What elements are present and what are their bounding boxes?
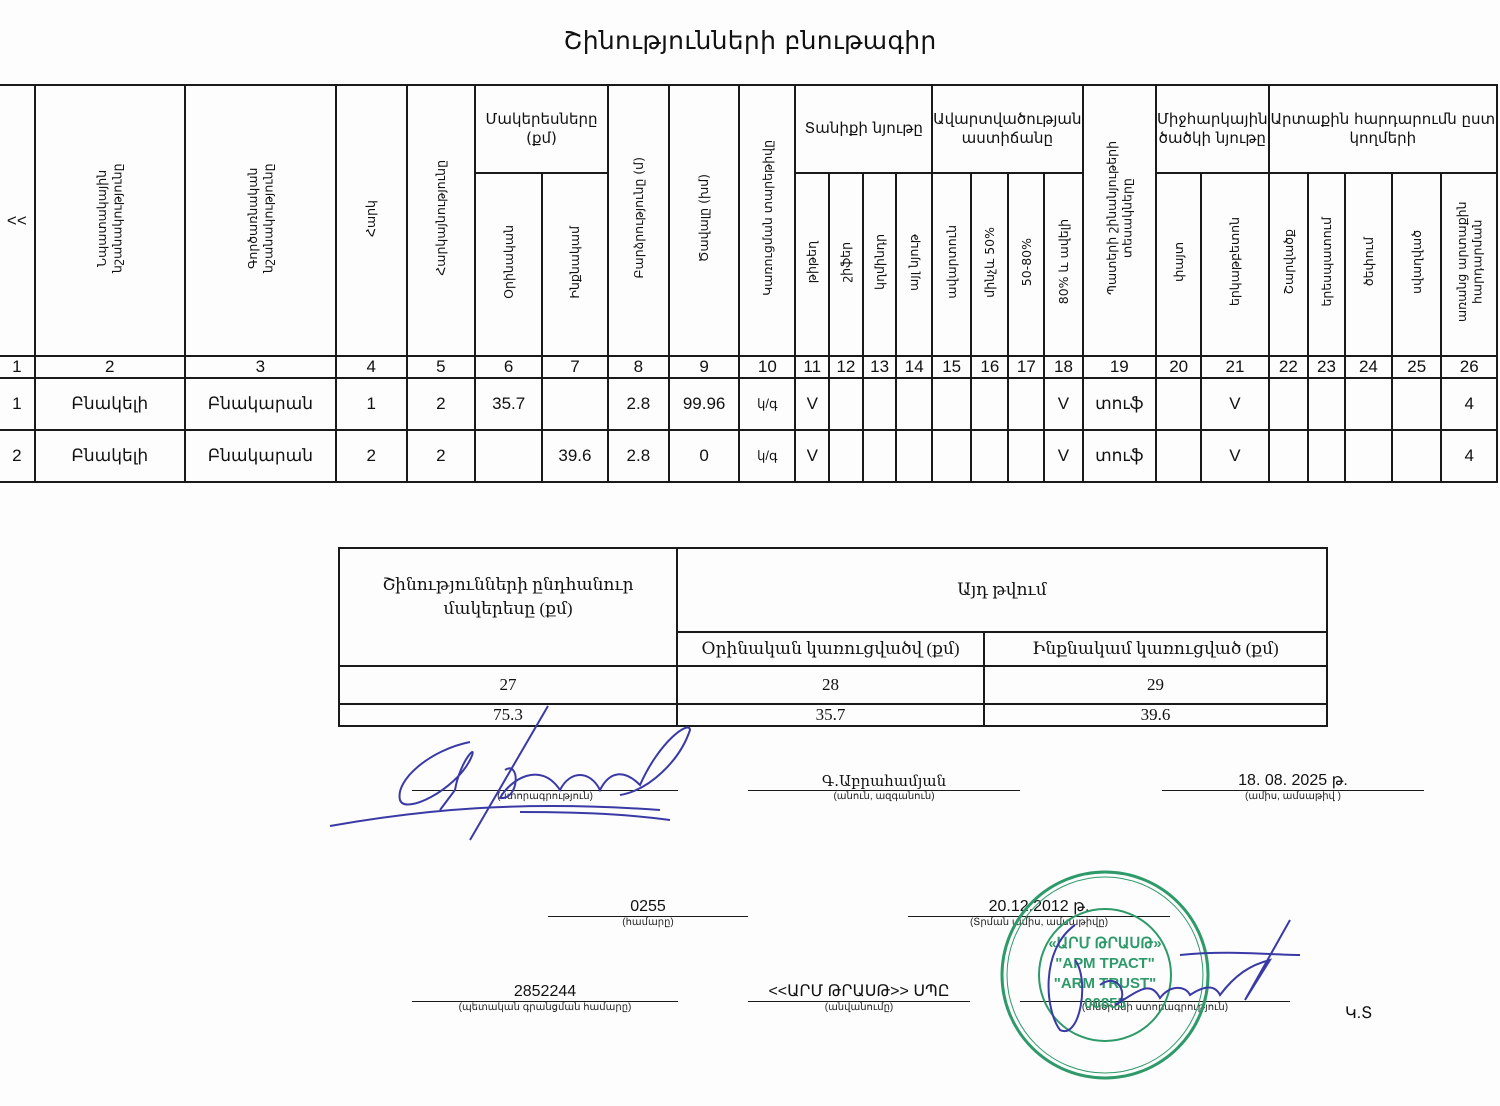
- date-value: 18. 08. 2025 թ.: [1162, 772, 1424, 790]
- header-roof-group: Տանիքի նյութը: [795, 85, 932, 173]
- table-cell: Բնակելի: [35, 430, 185, 482]
- svg-text:«ԱՐՄ ԹՐԱՍԹ»: «ԱՐՄ ԹՐԱՍԹ»: [1048, 935, 1161, 952]
- header-height: Բարձրությունը (մ): [608, 85, 669, 356]
- table-cell: V: [1044, 378, 1082, 430]
- header-completed: ավարտուն: [932, 173, 971, 356]
- column-number: 10: [739, 356, 795, 378]
- illegal-area-header: Ինքնակամ կառուցված (քմ): [984, 632, 1327, 666]
- header-finish-group: Արտաքին հարդարումն ըստ կողմերի: [1269, 85, 1497, 173]
- table-row: 1ԲնակելիԲնակարան1235.72.899.96կ/գVVտուֆV…: [0, 378, 1497, 430]
- registration-number-value: 2852244: [412, 983, 678, 1001]
- column-number: 6: [475, 356, 542, 378]
- table-cell: [829, 378, 863, 430]
- table-cell: 2: [407, 378, 476, 430]
- table-cell: Բնակելի: [35, 378, 185, 430]
- header-50-80: 50-80%: [1008, 173, 1044, 356]
- issue-date-field: 20.12.2012 թ. (Տրման ամիս, ամսաթիվը): [908, 898, 1170, 929]
- header-up-to-50: մինչև 50%: [971, 173, 1008, 356]
- signature-caption: (ստորագրություն): [412, 791, 678, 803]
- column-number: 2: [35, 356, 185, 378]
- name-value: Գ.Աբրահամյան: [748, 772, 1020, 790]
- header-construction-year: Կառուցման տարեթիվը: [739, 85, 795, 356]
- license-number-field: 0255 (համարը): [548, 898, 748, 929]
- header-wall-materials: Պատերի շինանյութերի տեսակները: [1083, 85, 1156, 356]
- column-number: 23: [1308, 356, 1345, 378]
- code-legal: 28: [677, 666, 984, 704]
- table-cell: 0: [669, 430, 739, 482]
- license-number-caption: (համարը): [548, 917, 748, 929]
- table-cell: 2: [0, 430, 35, 482]
- column-number: 20: [1156, 356, 1201, 378]
- registration-number-caption: (պետական գրանցման համարը): [412, 1002, 678, 1014]
- legal-area-header: Օրինական կառուցվածվ (քմ): [677, 632, 984, 666]
- table-cell: [1008, 430, 1044, 482]
- table-cell: տուֆ: [1083, 378, 1156, 430]
- header-legal: Օրինական: [475, 173, 542, 356]
- column-number: 22: [1269, 356, 1309, 378]
- header-purpose: Նպատակային նշանակությունը: [35, 85, 185, 356]
- total-area-value: 75.3: [339, 704, 677, 726]
- total-area-header: Շինությունների ընդհանուր մակերեսը (քմ): [339, 548, 677, 666]
- header-completion-group: Ավարտվածության աստիճանը: [932, 85, 1082, 173]
- column-number: 1: [0, 356, 35, 378]
- header-roof-tin: թիթեղ: [795, 173, 829, 356]
- table-cell: 2: [336, 430, 407, 482]
- document-title: Շինությունների բնութագիր: [0, 26, 1500, 55]
- table-cell: 4: [1441, 430, 1497, 482]
- column-number: 9: [669, 356, 739, 378]
- table-cell: Բնակարան: [185, 378, 336, 430]
- registration-number-field: 2852244 (պետական գրանցման համարը): [412, 983, 678, 1014]
- header-facing: երեսպատում: [1308, 173, 1345, 356]
- table-cell: [1156, 378, 1201, 430]
- column-number: 3: [185, 356, 336, 378]
- header-function: Գործառնական նշանակությունը: [185, 85, 336, 356]
- column-number: 13: [863, 356, 897, 378]
- issue-date-caption: (Տրման ամիս, ամսաթիվը): [908, 917, 1170, 929]
- table-cell: Բնակարան: [185, 430, 336, 482]
- column-number: 14: [896, 356, 932, 378]
- column-number: 12: [829, 356, 863, 378]
- header-illegal: Ինքնակամ: [542, 173, 608, 356]
- table-cell: 1: [0, 378, 35, 430]
- table-cell: V: [795, 378, 829, 430]
- signature-field: (ստորագրություն): [412, 772, 678, 803]
- column-number: 25: [1392, 356, 1441, 378]
- column-number: 4: [336, 356, 407, 378]
- table-cell: 99.96: [669, 378, 739, 430]
- header-roof-other: այլ նյութ: [896, 173, 932, 356]
- table-cell: [829, 430, 863, 482]
- table-cell: [1308, 430, 1345, 482]
- svg-text:"АРМ ТРАСТ": "АРМ ТРАСТ": [1055, 955, 1154, 972]
- license-number-value: 0255: [548, 898, 748, 916]
- date-caption: (ամիս, ամսաթիվ ): [1162, 791, 1424, 803]
- header-plastering: ծեփում: [1345, 173, 1392, 356]
- table-cell: տուֆ: [1083, 430, 1156, 482]
- header-areas-group: Մակերեսները (քմ): [475, 85, 608, 173]
- table-cell: V: [1201, 430, 1268, 482]
- column-number: 8: [608, 356, 669, 378]
- table-cell: 2.8: [608, 430, 669, 482]
- code-total: 27: [339, 666, 677, 704]
- column-number: 26: [1441, 356, 1497, 378]
- table-cell: [971, 378, 1008, 430]
- legal-area-value: 35.7: [677, 704, 984, 726]
- table-cell: [1269, 430, 1309, 482]
- table-cell: [932, 430, 971, 482]
- column-number: 11: [795, 356, 829, 378]
- column-number: 16: [971, 356, 1008, 378]
- table-row: 2ԲնակելիԲնակարան2239.62.80կ/գVVտուֆV4: [0, 430, 1497, 482]
- organization-name: <<ԱՐՄ ԹՐԱՍԹ>> ՍՊԸ: [748, 983, 970, 1001]
- illegal-area-value: 39.6: [984, 704, 1327, 726]
- table-cell: [1345, 378, 1392, 430]
- table-cell: 35.7: [475, 378, 542, 430]
- table-cell: [1008, 378, 1044, 430]
- name-caption: (անուն, ազգանուն): [748, 791, 1020, 803]
- date-field: 18. 08. 2025 թ. (ամիս, ամսաթիվ ): [1162, 772, 1424, 803]
- table-cell: V: [795, 430, 829, 482]
- header-floors-count: Հարկայնությունը: [407, 85, 476, 356]
- director-signature-field: (տնօրենի ստորագրություն): [1020, 983, 1290, 1014]
- table-cell: [863, 430, 897, 482]
- table-cell: [1308, 378, 1345, 430]
- table-cell: [1269, 378, 1309, 430]
- table-cell: V: [1044, 430, 1082, 482]
- table-cell: 39.6: [542, 430, 608, 482]
- table-cell: [1156, 430, 1201, 482]
- header-roof-tile: կղմինդր: [863, 173, 897, 356]
- table-cell: [1345, 430, 1392, 482]
- column-number: 21: [1201, 356, 1268, 378]
- table-cell: [1392, 378, 1441, 430]
- table-cell: կ/գ: [739, 430, 795, 482]
- column-numbers-row: 1234567891011121314151617181920212223242…: [0, 356, 1497, 378]
- table-cell: կ/գ: [739, 378, 795, 430]
- header-roof-slate: շիֆեր: [829, 173, 863, 356]
- table-cell: [475, 430, 542, 482]
- column-number: 19: [1083, 356, 1156, 378]
- name-field: Գ.Աբրահամյան (անուն, ազգանուն): [748, 772, 1020, 803]
- buildings-characteristics-table: << Նպատակային նշանակությունը Գործառնական…: [0, 84, 1498, 483]
- organization-field: <<ԱՐՄ ԹՐԱՍԹ>> ՍՊԸ (անվանումը): [748, 983, 970, 1014]
- director-signature-caption: (տնօրենի ստորագրություն): [1020, 1002, 1290, 1014]
- table-cell: [1392, 430, 1441, 482]
- table-cell: 4: [1441, 378, 1497, 430]
- table-cell: V: [1201, 378, 1268, 430]
- column-number: 17: [1008, 356, 1044, 378]
- header-floor-slab-group: Միջհարկային ծածկի նյութը: [1156, 85, 1269, 173]
- table-cell: [971, 430, 1008, 482]
- issue-date-value: 20.12.2012 թ.: [908, 898, 1170, 916]
- header-no-finish: առանց արտաքին հարդարման: [1441, 173, 1497, 356]
- column-number: 18: [1044, 356, 1082, 378]
- table-cell: 2.8: [608, 378, 669, 430]
- header-floor: Հարկ: [336, 85, 407, 356]
- column-number: 7: [542, 356, 608, 378]
- stamp-place-label: Կ.Տ: [1345, 1003, 1372, 1023]
- table-cell: 1: [336, 378, 407, 430]
- table-cell: 2: [407, 430, 476, 482]
- including-header: Այդ թվում: [677, 548, 1327, 632]
- header-plastered: սվաղված: [1392, 173, 1441, 356]
- table-cell: [896, 430, 932, 482]
- header-80-plus: 80% և ավելի: [1044, 173, 1082, 356]
- header-volume: Ծավալը (խմ): [669, 85, 739, 356]
- header-wood: փայտ: [1156, 173, 1201, 356]
- column-number: 24: [1345, 356, 1392, 378]
- column-number: 5: [407, 356, 476, 378]
- column-number: 15: [932, 356, 971, 378]
- header-masonry: Շարվածք: [1269, 173, 1309, 356]
- header-index: <<: [0, 85, 35, 356]
- table-cell: [542, 378, 608, 430]
- summary-table: Շինությունների ընդհանուր մակերեսը (քմ) Ա…: [338, 547, 1328, 727]
- table-cell: [932, 378, 971, 430]
- table-cell: [896, 378, 932, 430]
- code-illegal: 29: [984, 666, 1327, 704]
- director-signature-icon: [1049, 920, 1300, 1031]
- organization-caption: (անվանումը): [748, 1002, 970, 1014]
- header-reinforced-concrete: երկաթբետոն: [1201, 173, 1268, 356]
- table-cell: [863, 378, 897, 430]
